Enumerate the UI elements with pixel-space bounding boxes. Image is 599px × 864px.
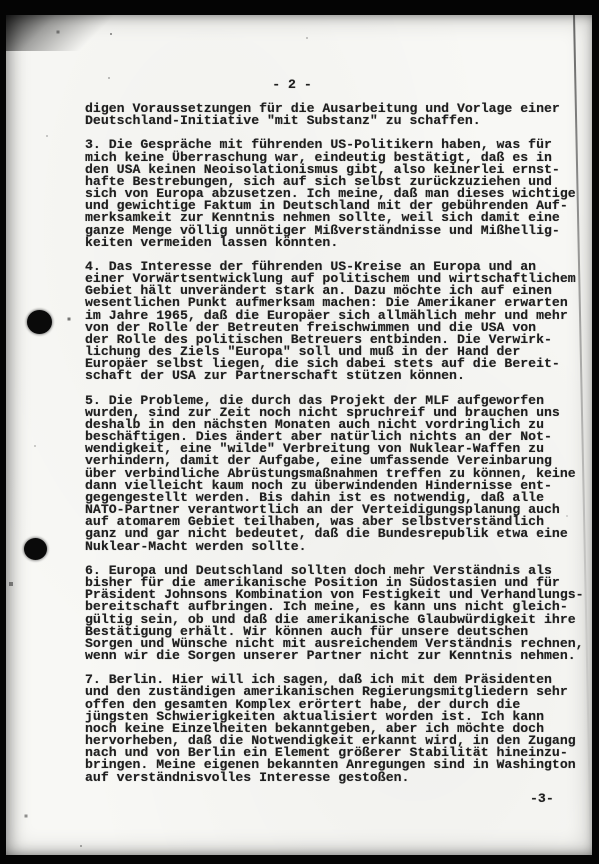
document-page: - 2 - digen Voraussetzungen für die Ausa… [6,15,592,855]
paragraph-item-7: 7. Berlin. Hier will ich sagen, daß ich … [85,674,590,783]
scanned-document: - 2 - digen Voraussetzungen für die Ausa… [0,0,599,864]
page-number-footer: -3- [530,793,554,805]
paragraph-item-4: 4. Das Interesse der führenden US-Kreise… [85,261,590,383]
paragraph-item-6: 6. Europa und Deutschland sollten doch m… [85,565,590,662]
hole-punch-bottom [24,538,47,560]
scan-corner-artifact [6,15,131,51]
page-number-header: - 2 - [251,79,333,91]
scan-noise-speckles [6,15,8,17]
paragraph-item-3: 3. Die Gespräche mit führenden US-Politi… [85,139,590,248]
hole-punch-top [27,310,52,334]
paragraph-item-5: 5. Die Probleme, die durch das Projekt d… [85,395,590,553]
paragraph-intro-continuation: digen Voraussetzungen für die Ausarbeitu… [85,103,590,127]
document-body: digen Voraussetzungen für die Ausarbeitu… [85,103,590,796]
